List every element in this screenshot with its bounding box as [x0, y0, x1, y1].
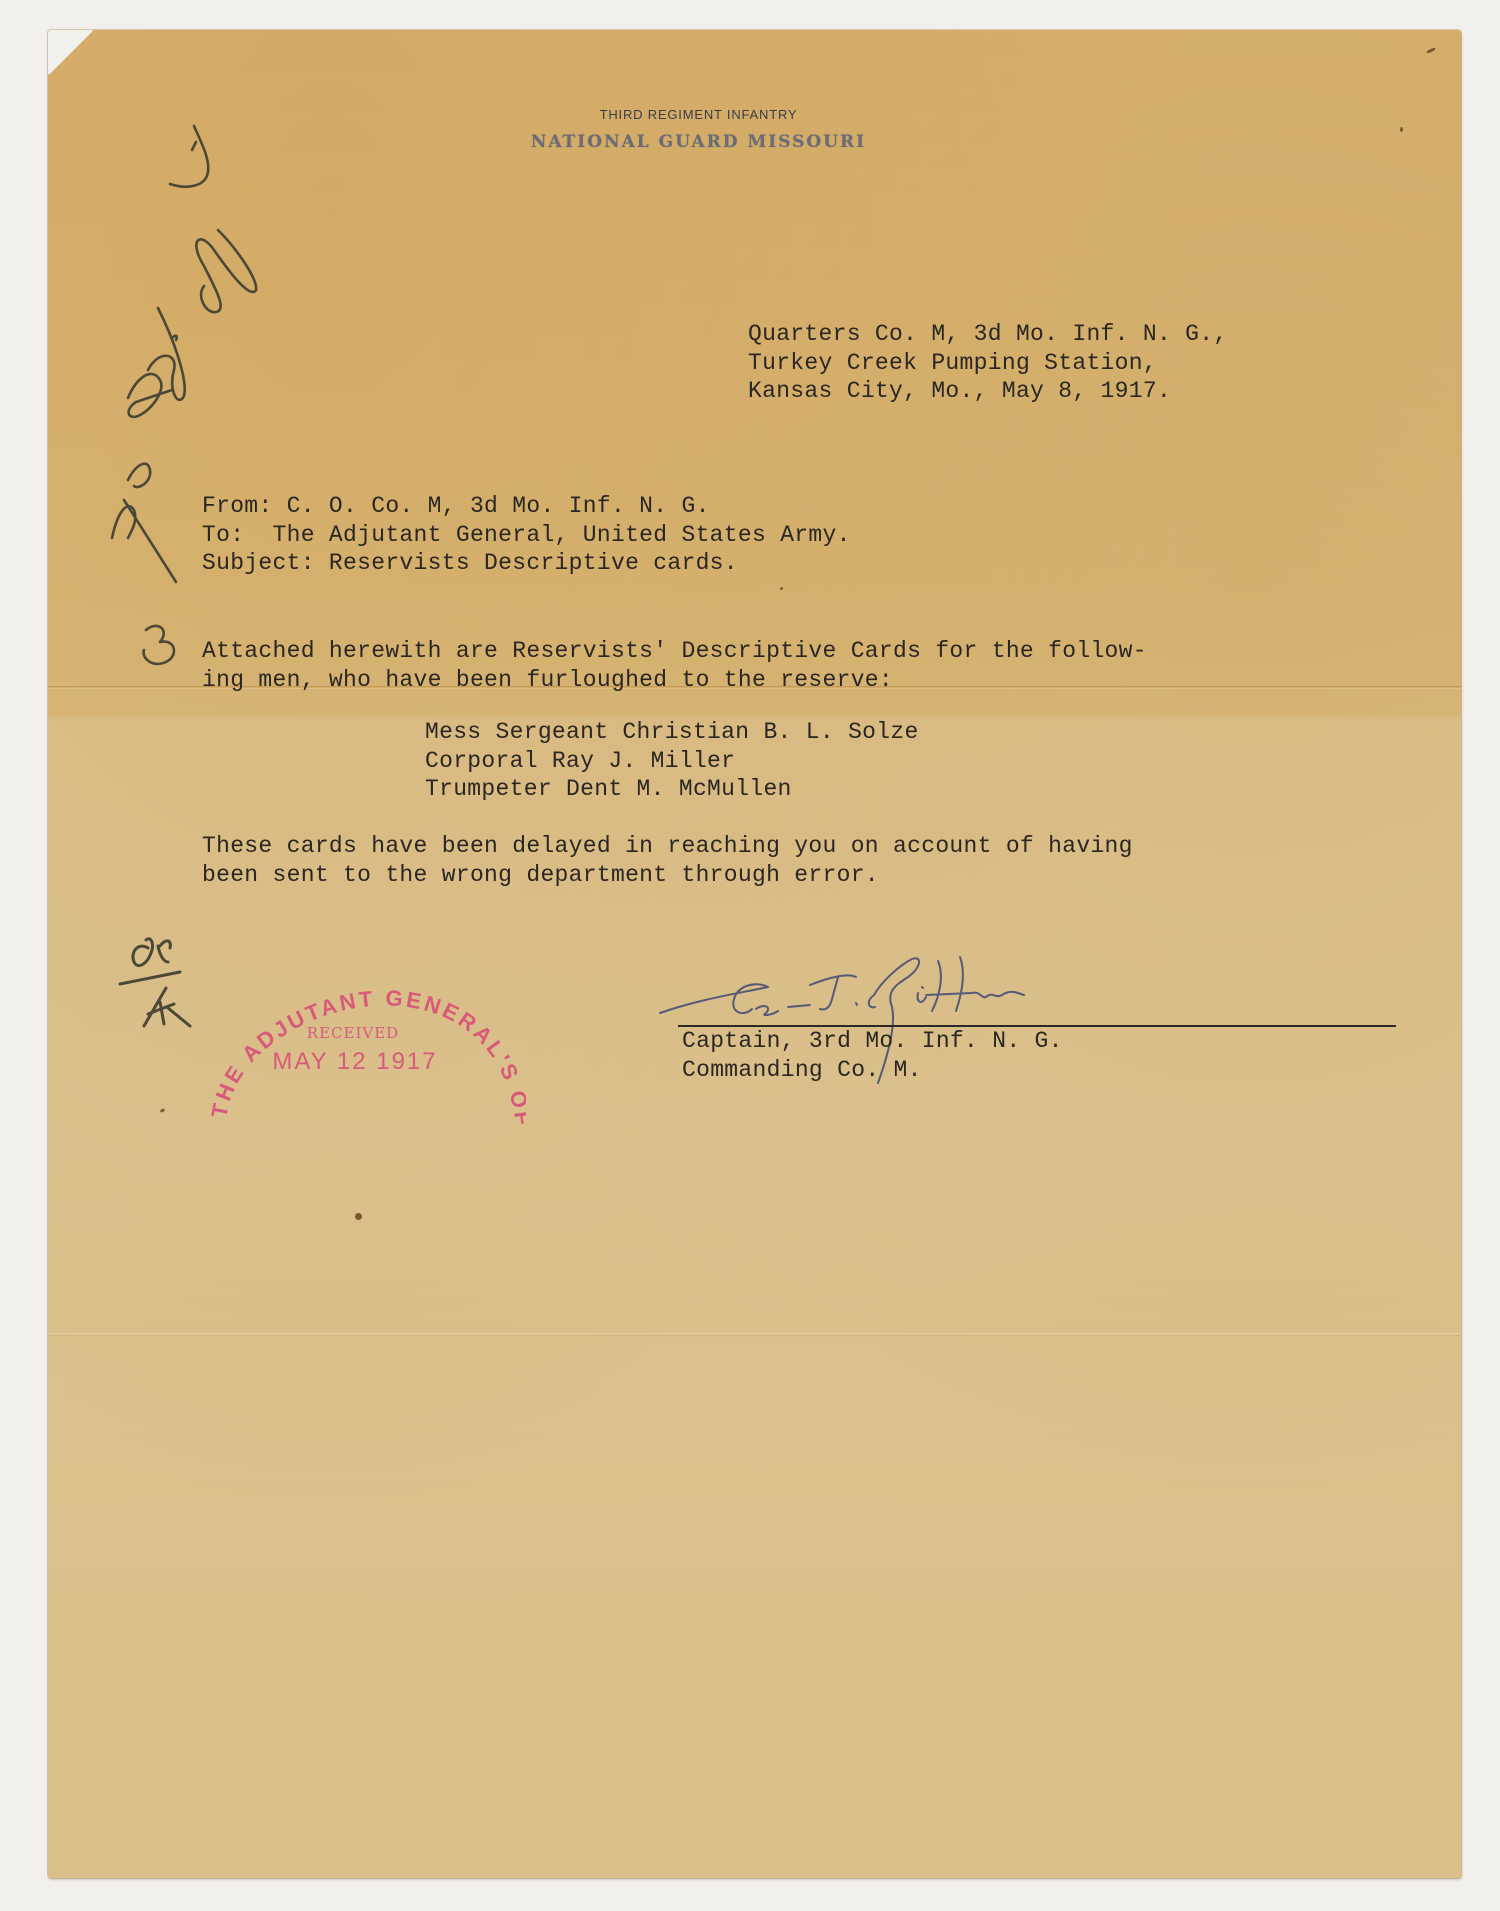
reservist-names-list: Mess Sergeant Christian B. L. SolzeCorpo… — [425, 718, 919, 804]
received-stamp: THE ADJUTANT GENERAL'S OFFICE RECEIVED M… — [196, 942, 526, 1132]
paper-speck — [1400, 127, 1403, 132]
body-line: Attached herewith are Reservists' Descri… — [202, 637, 1147, 666]
heading-line-station: Turkey Creek Pumping Station, — [748, 349, 1227, 378]
paper-speck — [160, 1108, 166, 1113]
memo-from: From: C. O. Co. M, 3d Mo. Inf. N. G. — [202, 492, 851, 521]
list-item-reservist: Trumpeter Dent M. McMullen — [425, 775, 919, 804]
filing-mark — [108, 918, 198, 1033]
pencil-annotation-icon — [88, 90, 288, 690]
fold-line-lower — [48, 1333, 1461, 1336]
body-line: ing men, who have been furloughed to the… — [202, 666, 1147, 695]
memo-subject: Subject: Reservists Descriptive cards. — [202, 549, 851, 578]
letter-page: THIRD REGIMENT INFANTRY NATIONAL GUARD M… — [48, 30, 1461, 1878]
signatory-rank: Captain, 3rd Mo. Inf. N. G. — [682, 1027, 1063, 1056]
heading-address-block: Quarters Co. M, 3d Mo. Inf. N. G.,Turkey… — [748, 320, 1227, 406]
heading-line-quarters: Quarters Co. M, 3d Mo. Inf. N. G., — [748, 320, 1227, 349]
signatory-title-block: Captain, 3rd Mo. Inf. N. G.Commanding Co… — [682, 1027, 1063, 1084]
pencil-fraction-icon — [108, 918, 198, 1028]
paper-speck — [780, 587, 783, 590]
list-item-reservist: Corporal Ray J. Miller — [425, 747, 919, 776]
stamp-received-label: RECEIVED — [188, 1024, 518, 1042]
body-line: been sent to the wrong department throug… — [202, 861, 1133, 890]
heading-line-date: Kansas City, Mo., May 8, 1917. — [748, 377, 1227, 406]
list-item-reservist: Mess Sergeant Christian B. L. Solze — [425, 718, 919, 747]
margin-pencil-note — [88, 90, 288, 695]
memo-to: To: The Adjutant General, United States … — [202, 521, 851, 550]
body-line: These cards have been delayed in reachin… — [202, 832, 1133, 861]
signatory-command: Commanding Co. M. — [682, 1056, 1063, 1085]
paper-speck — [355, 1213, 362, 1220]
stamp-date: MAY 12 1917 — [190, 1048, 520, 1076]
body-paragraph-attached: Attached herewith are Reservists' Descri… — [202, 637, 1147, 694]
paper-speck — [1426, 47, 1436, 54]
body-paragraph-delay: These cards have been delayed in reachin… — [202, 832, 1133, 889]
scanned-document: THIRD REGIMENT INFANTRY NATIONAL GUARD M… — [0, 0, 1500, 1911]
memo-header: From: C. O. Co. M, 3d Mo. Inf. N. G.To: … — [202, 492, 851, 578]
